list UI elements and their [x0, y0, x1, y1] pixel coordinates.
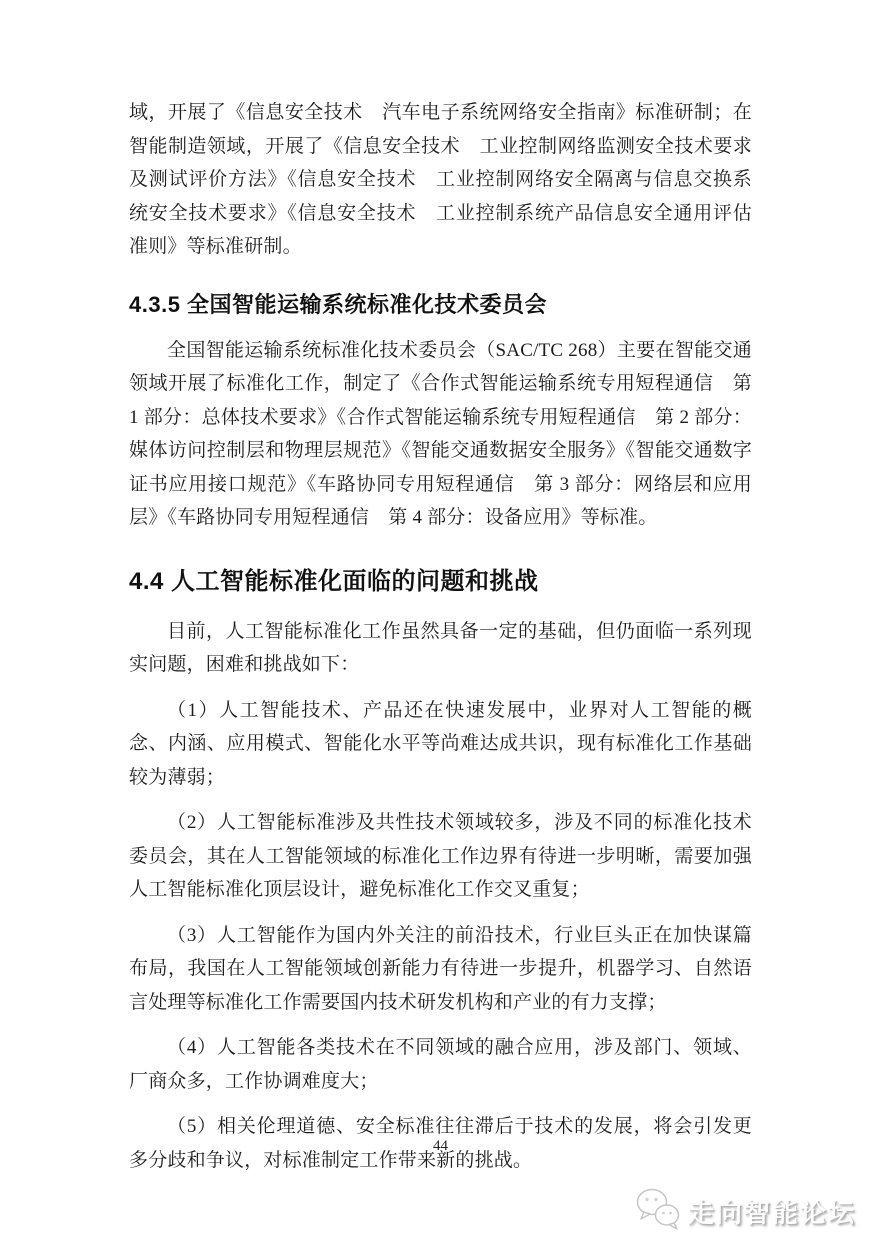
paragraph-intro: 目前，人工智能标准化工作虽然具备一定的基础，但仍面临一系列现实问题，困难和挑战如… [129, 615, 752, 682]
paragraph-continuation: 域，开展了《信息安全技术 汽车电子系统网络安全指南》标准研制；在智能制造领域，开… [129, 96, 752, 264]
list-item-4: （4）人工智能各类技术在不同领域的融合应用，涉及部门、领域、厂商众多，工作协调难… [129, 1031, 752, 1098]
document-page: 域，开展了《信息安全技术 汽车电子系统网络安全指南》标准研制；在智能制造领域，开… [0, 0, 881, 1245]
watermark-text: 走向智能论坛 [688, 1193, 856, 1230]
watermark-logo: 走向智能论坛 [634, 1186, 856, 1237]
section-heading-4-3-5: 4.3.5 全国智能运输系统标准化技术委员会 [129, 290, 752, 320]
chat-bubbles-icon [634, 1186, 682, 1237]
list-item-1: （1）人工智能技术、产品还在快速发展中，业界对人工智能的概念、内涵、应用模式、智… [129, 694, 752, 795]
page-content: 域，开展了《信息安全技术 汽车电子系统网络安全指南》标准研制；在智能制造领域，开… [129, 96, 752, 1177]
list-item-2: （2）人工智能标准涉及共性技术领域较多，涉及不同的标准化技术委员会，其在人工智能… [129, 806, 752, 907]
list-item-3: （3）人工智能作为国内外关注的前沿技术，行业巨头正在加快谋篇布局，我国在人工智能… [129, 919, 752, 1020]
page-number: 44 [0, 1138, 881, 1155]
section-heading-4-4: 4.4 人工智能标准化面临的问题和挑战 [129, 565, 752, 599]
paragraph-sac-tc-268: 全国智能运输系统标准化技术委员会（SAC/TC 268）主要在智能交通领域开展了… [129, 334, 752, 535]
